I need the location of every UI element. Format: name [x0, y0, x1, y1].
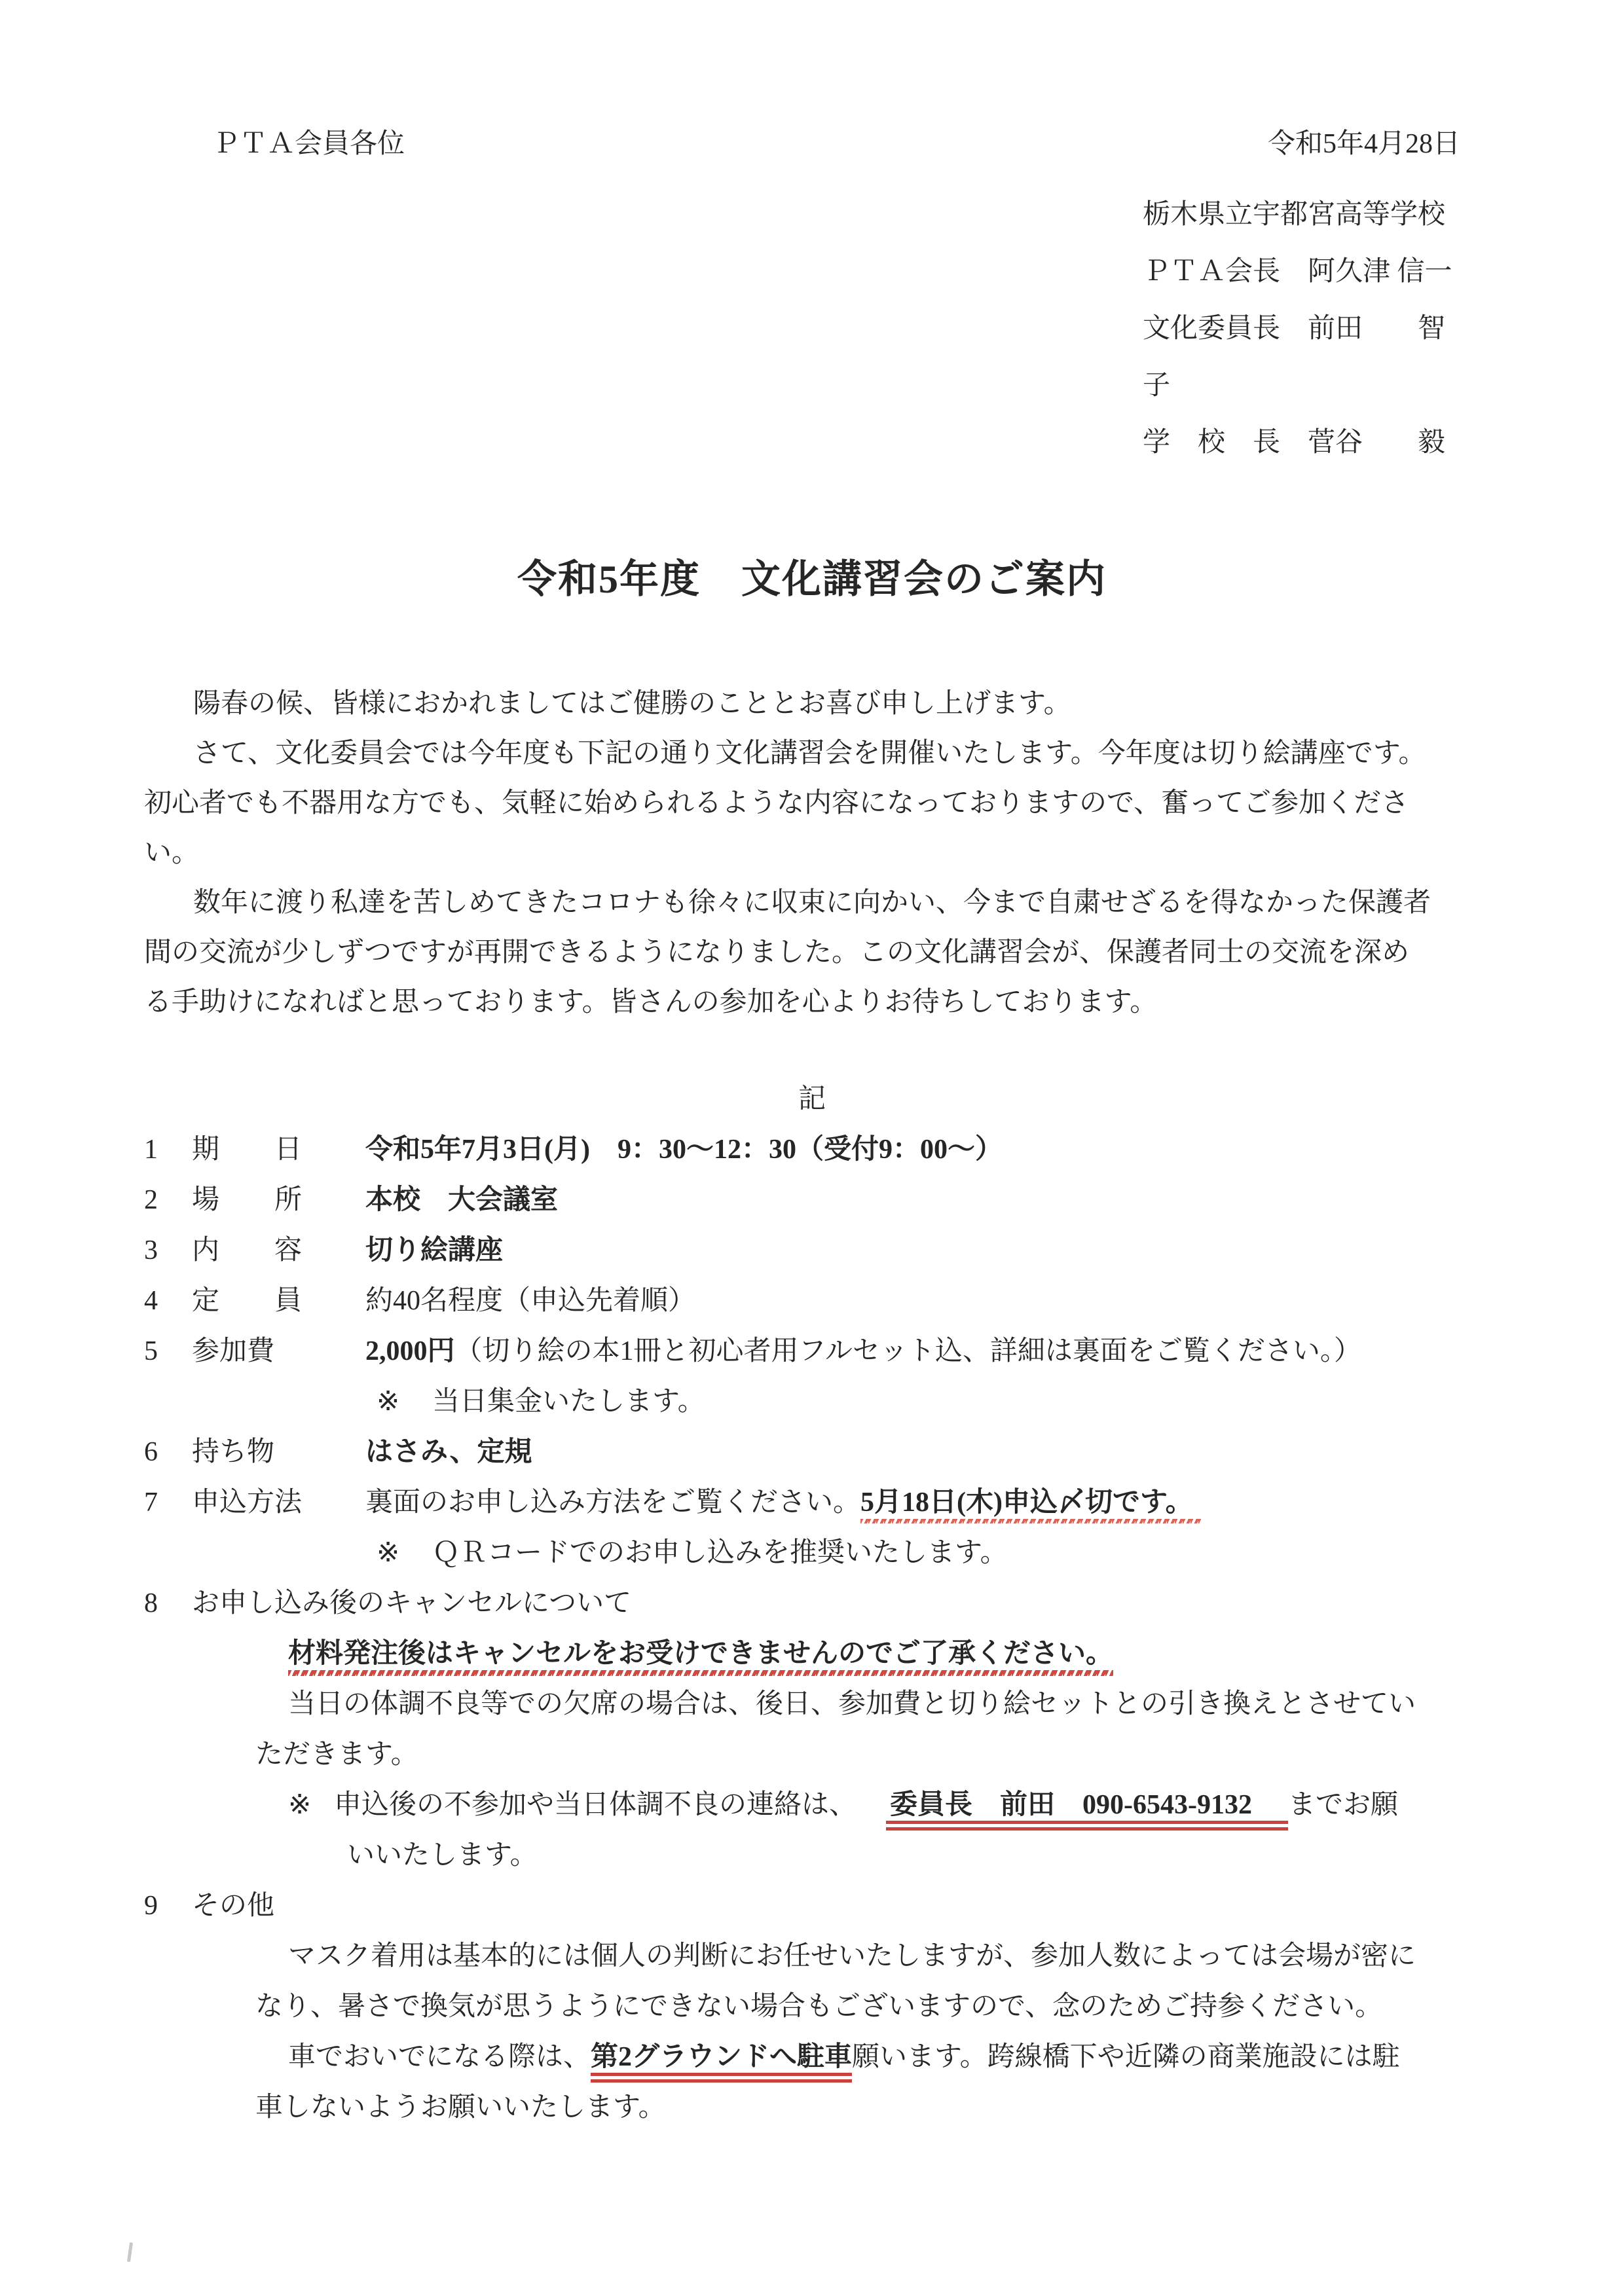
mask-policy-line: なり、暑さで換気が思うようにできない場合もございますので、念のためご持参ください… [144, 1982, 1480, 2032]
cancel-warning: 材料発注後はキャンセルをお受けできませんのでご了承ください。 [288, 1639, 1113, 1676]
sender-school: 栃木県立宇都宮高等学校 [1143, 187, 1460, 244]
item-number: 7 [144, 1478, 192, 1528]
event-content: 切り絵講座 [365, 1235, 503, 1266]
item-label: 参加費 [192, 1326, 302, 1377]
mask-policy-line: マスク着用は基本的には個人の判断にお任せいたしますが、参加人数によっては会場が密… [144, 1931, 1480, 1982]
contact-note-pre: 申込後の不参加や当日体調不良の連絡は、 [334, 1790, 857, 1820]
cancellation-heading: お申し込み後のキャンセルについて [192, 1588, 631, 1618]
sender-block: 栃木県立宇都宮高等学校 ＰＴＡ会長 阿久津 信一 文化委員長 前田 智子 学 校… [1143, 187, 1460, 471]
contact-note-continuation: いいたします。 [347, 1840, 538, 1870]
issue-date: 令和5年4月28日 [1268, 124, 1460, 164]
scan-artifact [127, 2242, 133, 2262]
qr-recommendation-note: ※ＱＲコードでのお申し込みを推奨いたします。 [144, 1528, 1480, 1578]
item-number: 8 [144, 1578, 192, 1629]
list-item-capacity: 4定 員約40名程度（申込先着順） [144, 1276, 1480, 1326]
item-number: 2 [144, 1175, 192, 1226]
parking-instruction-line: 車しないようお願いいたします。 [144, 2083, 1480, 2133]
intro-line: さて、文化委員会では今年度も下記の通り文化講習会を開催いたします。今年度は切り絵… [144, 729, 1480, 778]
fee-amount: 2,000円 [365, 1336, 455, 1366]
contact-note-post: までお願 [1288, 1790, 1398, 1820]
item-number: 1 [144, 1125, 192, 1175]
header-row: ＰＴＡ会員各位 令和5年4月28日 [144, 124, 1480, 164]
intro-paragraphs: 陽春の候、皆様におかれましてはご健勝のこととお喜び申し上げます。 さて、文化委員… [144, 679, 1480, 1027]
contact-note-line: ※申込後の不参加や当日体調不良の連絡は、委員長 前田 090-6543-9132… [144, 1780, 1480, 1831]
absence-policy-text: 当日の体調不良等での欠席の場合は、後日、参加費と切り絵セットとの引き換えとさせて… [288, 1689, 1416, 1719]
reference-mark: ※ [377, 1377, 432, 1427]
list-item-application: 7申込方法裏面のお申し込み方法をご覧ください。5月18日(木)申込〆切です。 [144, 1478, 1480, 1528]
item-number: 9 [144, 1881, 192, 1931]
list-item-belongings: 6持ち物はさみ、定規 [144, 1427, 1480, 1478]
fee-note: （切り絵の本1冊と初心者用フルセット込、詳細は裏面をご覧ください。） [455, 1336, 1361, 1366]
list-item-cancellation: 8お申し込み後のキャンセルについて [144, 1578, 1480, 1629]
list-item-date: 1期 日令和5年7月3日(月) 9：30～12：30（受付9：00～） [144, 1125, 1480, 1175]
mask-policy-text: なり、暑さで換気が思うようにできない場合もございますので、念のためご持参ください… [255, 1992, 1382, 2022]
item-number: 6 [144, 1427, 192, 1478]
parking-instruction-line: 車でおいでになる際は、第2グラウンドへ駐車願います。跨線橋下や近隣の商業施設には… [144, 2032, 1480, 2083]
parking-pre: 車でおいでになる際は、 [288, 2042, 591, 2072]
notation-mark: 記 [144, 1074, 1480, 1125]
intro-line: 数年に渡り私達を苦しめてきたコロナも徐々に収束に向かい、今まで自粛せざるを得なか… [144, 878, 1480, 928]
recipient: ＰＴＡ会員各位 [212, 124, 405, 164]
item-label: 申込方法 [192, 1478, 302, 1528]
intro-line: い。 [144, 828, 1480, 878]
parking-continuation: 車しないようお願いいたします。 [255, 2092, 666, 2123]
item-label: 定 員 [192, 1276, 302, 1326]
reference-mark: ※ [288, 1780, 334, 1831]
event-datetime: 令和5年7月3日(月) 9：30～12：30（受付9：00～） [365, 1135, 1003, 1165]
intro-line: 陽春の候、皆様におかれましてはご健勝のこととお喜び申し上げます。 [144, 679, 1480, 729]
fee-collection-note: ※当日集金いたします。 [144, 1377, 1480, 1427]
absence-policy-line: 当日の体調不良等での欠席の場合は、後日、参加費と切り絵セットとの引き換えとさせて… [144, 1679, 1480, 1730]
event-place: 本校 大会議室 [365, 1185, 558, 1215]
event-capacity: 約40名程度（申込先着順） [365, 1286, 695, 1316]
sender-culture-chair: 文化委員長 前田 智子 [1143, 301, 1460, 414]
cancellation-warning-line: 材料発注後はキャンセルをお受けできませんのでご了承ください。 [144, 1629, 1480, 1679]
reference-mark: ※ [377, 1528, 432, 1578]
contact-note-line: いいたします。 [144, 1831, 1480, 1881]
application-deadline: 5月18日(木)申込〆切です。 [860, 1487, 1201, 1523]
parking-instruction: 第2グラウンドへ駐車 [591, 2042, 852, 2083]
list-item-place: 2場 所本校 大会議室 [144, 1175, 1480, 1226]
qr-recommendation-text: ＱＲコードでのお申し込みを推奨いたします。 [432, 1538, 1008, 1568]
others-heading: その他 [192, 1891, 274, 1921]
item-number: 4 [144, 1276, 192, 1326]
contact-info: 委員長 前田 090-6543-9132 [886, 1790, 1288, 1831]
fee-collection-text: 当日集金いたします。 [432, 1387, 705, 1417]
belongings-value: はさみ、定規 [365, 1437, 532, 1467]
mask-policy-text: マスク着用は基本的には個人の判断にお任せいたしますが、参加人数によっては会場が密… [288, 1941, 1416, 1971]
item-label: 期 日 [192, 1125, 302, 1175]
item-number: 3 [144, 1226, 192, 1276]
scanned-notice-page: ＰＴＡ会員各位 令和5年4月28日 栃木県立宇都宮高等学校 ＰＴＡ会長 阿久津 … [0, 0, 1624, 2296]
list-item-content: 3内 容切り絵講座 [144, 1226, 1480, 1276]
absence-policy-text: ただきます。 [255, 1740, 418, 1770]
application-method: 裏面のお申し込み方法をご覧ください。 [365, 1487, 860, 1518]
list-item-others: 9その他 [144, 1881, 1480, 1931]
parking-post: 願います。跨線橋下や近隣の商業施設には駐 [852, 2042, 1400, 2072]
intro-line: 間の交流が少しずつですが再開できるようになりました。この文化講習会が、保護者同士… [144, 928, 1480, 977]
intro-line: 初心者でも不器用な方でも、気軽に始められるような内容になっておりますので、奮って… [144, 778, 1480, 828]
item-number: 5 [144, 1326, 192, 1377]
intro-line: る手助けになればと思っております。皆さんの参加を心よりお待ちしております。 [144, 977, 1480, 1027]
sender-principal: 学 校 長 菅谷 毅 [1143, 414, 1460, 471]
absence-policy-line: ただきます。 [144, 1730, 1480, 1780]
sender-pta-president: ＰＴＡ会長 阿久津 信一 [1143, 244, 1460, 301]
page-title: 令和5年度 文化講習会のご案内 [144, 553, 1480, 606]
item-label: 持ち物 [192, 1427, 302, 1478]
item-label: 場 所 [192, 1175, 302, 1226]
list-item-fee: 5参加費2,000円（切り絵の本1冊と初心者用フルセット込、詳細は裏面をご覧くだ… [144, 1326, 1480, 1377]
details-list: 1期 日令和5年7月3日(月) 9：30～12：30（受付9：00～） 2場 所… [144, 1125, 1480, 2133]
item-label: 内 容 [192, 1226, 302, 1276]
